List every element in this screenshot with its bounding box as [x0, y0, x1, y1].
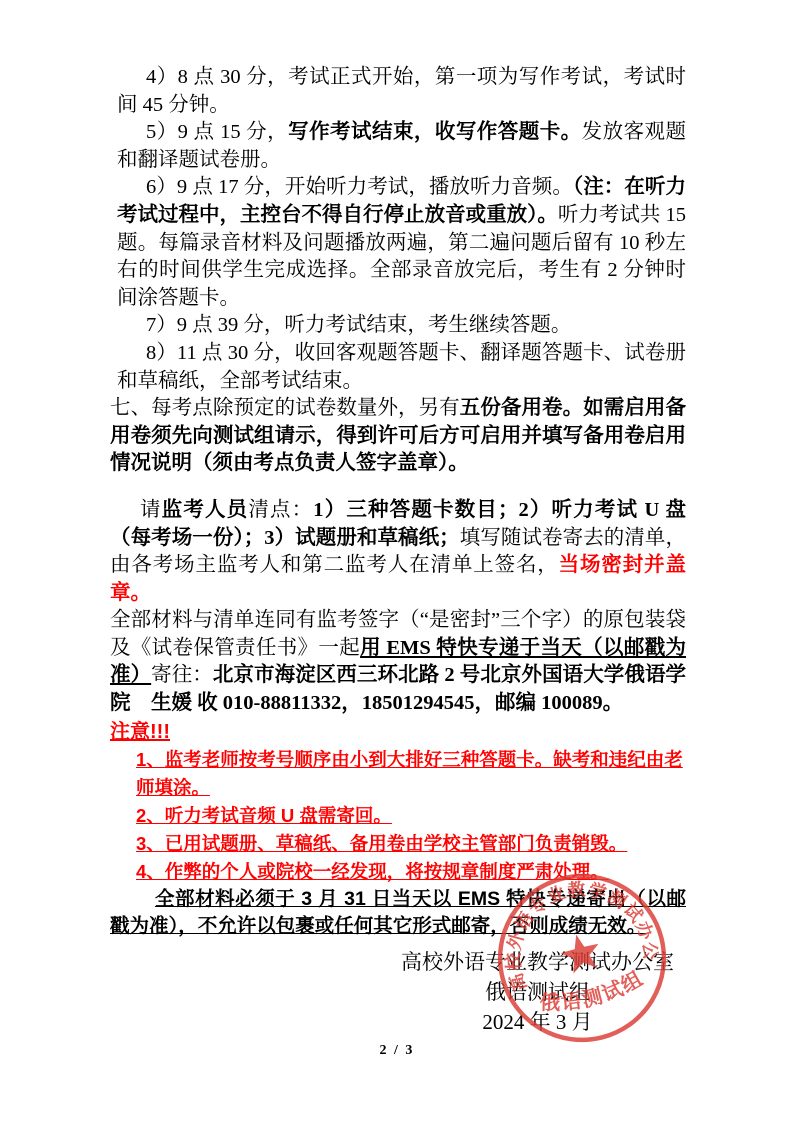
schedule-item-8: 8）11 点 30 分，收回客观题答题卡、翻译题答题卡、试卷册和草稿纸，全部考试…	[110, 340, 686, 395]
document-page: 4）8 点 30 分，考试正式开始，第一项为写作考试，考试时间 45 分钟。 5…	[0, 0, 794, 1123]
notice-item-1: 1、监考老师按考号顺序由小到大排好三种答题卡。缺考和违纪由老师填涂。	[110, 746, 686, 802]
notice-item-3: 3、已用试题册、草稿纸、备用卷由学校主管部门负责销毁。	[110, 830, 686, 858]
deadline-paragraph: 全部材料必须于 3 月 31 日当天以 EMS 特快专递寄出（以邮戳为准），不允…	[110, 886, 686, 941]
schedule-item-4: 4）8 点 30 分，考试正式开始，第一项为写作考试，考试时间 45 分钟。	[110, 64, 686, 119]
section-seven-paragraph: 七、每考点除预定的试卷数量外，另有五份备用卷。如需启用备用卷须先向测试组请示，得…	[110, 395, 686, 478]
section-seven-lead: 七、每考点除预定的试卷数量外，另有	[110, 397, 460, 419]
notice-item-4: 4、作弊的个人或院校一经发现，将按规章制度严肃处理。	[110, 858, 686, 886]
signature-block: 高校外语专业教学测试办公室 俄语测试组 2024 年 3 月	[375, 947, 700, 1037]
schedule-item-5-time: 5）9 点 15 分，	[146, 121, 288, 143]
invig-count: 清点：	[248, 499, 313, 521]
invig-staff-bold: 监考人员	[162, 499, 249, 521]
schedule-item-5-bold: 写作考试结束，收写作答题卡。	[288, 121, 582, 143]
page-number: 2 / 3	[0, 1043, 794, 1059]
signature-date: 2024 年 3 月	[375, 1007, 700, 1037]
invigilation-paragraph: 请监考人员清点：1）三种答题卡数目；2）听力考试 U 盘（每考场一份）；3）试题…	[110, 497, 686, 607]
invig-please: 请	[140, 499, 162, 521]
notice-item-2: 2、听力考试音频 U 盘需寄回。	[110, 802, 686, 830]
schedule-item-7: 7）9 点 39 分，听力考试结束，考生继续答题。	[110, 312, 686, 340]
signature-office: 高校外语专业教学测试办公室	[375, 947, 700, 977]
mail-sendto: 寄往：	[151, 664, 213, 686]
notice-title: 注意!!!	[110, 718, 686, 746]
schedule-item-4-text: 4）8 点 30 分，考试正式开始，第一项为写作考试，考试时间 45 分钟。	[117, 66, 686, 116]
schedule-item-6-time: 6）9 点 17 分，开始听力考试，播放听力音频。	[146, 176, 573, 198]
document-body: 4）8 点 30 分，考试正式开始，第一项为写作考试，考试时间 45 分钟。 5…	[110, 64, 686, 1037]
schedule-item-5: 5）9 点 15 分，写作考试结束，收写作答题卡。发放客观题和翻译题试卷册。	[110, 119, 686, 174]
schedule-item-8-text: 8）11 点 30 分，收回客观题答题卡、翻译题答题卡、试卷册和草稿纸，全部考试…	[117, 342, 686, 392]
schedule-item-6: 6）9 点 17 分，开始听力考试，播放听力音频。（注：在听力考试过程中，主控台…	[110, 174, 686, 312]
signature-group: 俄语测试组	[375, 977, 700, 1007]
mailing-paragraph: 全部材料与清单连同有监考签字（“是密封”三个字）的原包装袋及《试卷保管责任书》一…	[110, 607, 686, 717]
schedule-item-7-text: 7）9 点 39 分，听力考试结束，考生继续答题。	[146, 314, 571, 336]
